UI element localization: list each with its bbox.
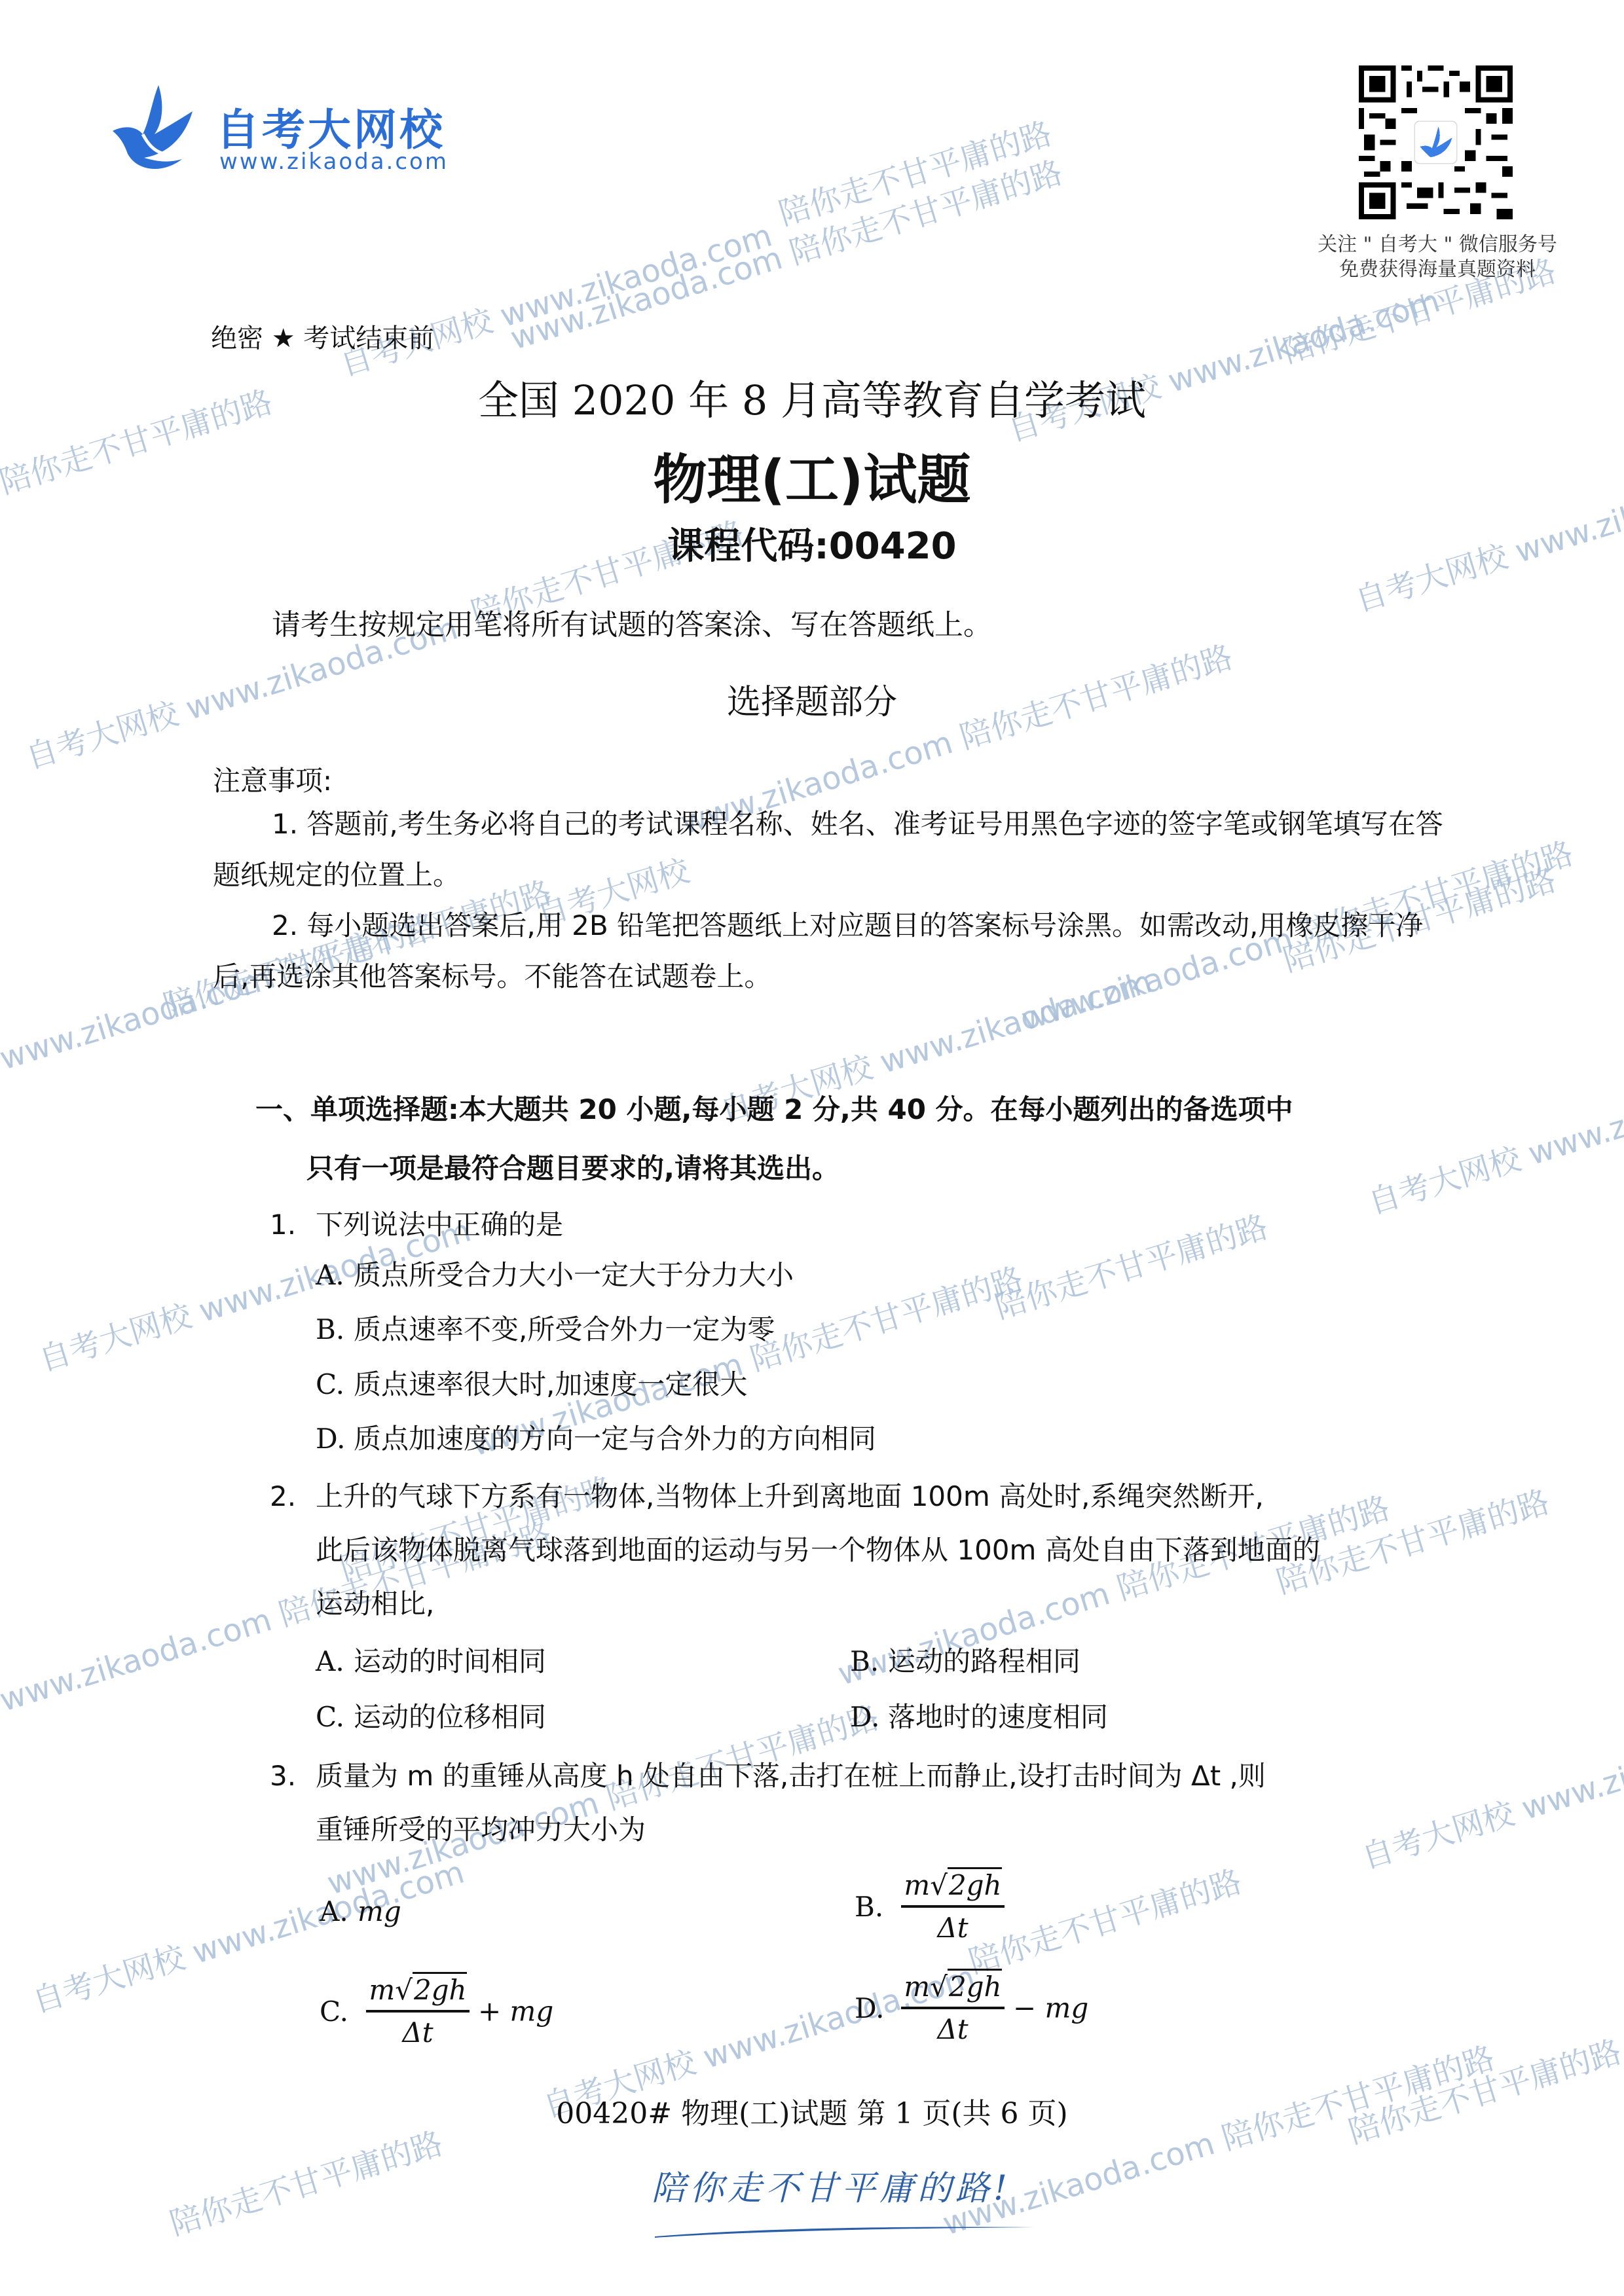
option-label: D. [850, 1701, 888, 1733]
bird-logo-icon [111, 75, 203, 173]
option-text: 质点速率很大时,加速度一定很大 [354, 1368, 747, 1400]
notes-heading: 注意事项: [213, 759, 332, 799]
option-3b[interactable]: B. m√2gh Δt [855, 1869, 1005, 1944]
fraction-formula: m√2gh Δt [901, 1869, 1004, 1944]
option-label: D. [855, 1992, 893, 2024]
option-label: B. [316, 1313, 354, 1345]
exam-title: 全国 2020 年 8 月高等教育自学考试 [0, 368, 1624, 426]
option-3d[interactable]: D. m√2gh Δt − mg [855, 1971, 1088, 2045]
formula-m: m [904, 1869, 930, 1901]
watermark: www.zikaoda.com 陪你走不甘平庸的路 [504, 147, 1067, 359]
option-label: B. [855, 1891, 893, 1923]
option-1d[interactable]: D.质点加速度的方向一定与合外力的方向相同 [316, 1417, 876, 1457]
option-text: 运动的位移相同 [354, 1701, 546, 1733]
answer-instruction: 请考生按规定用笔将所有试题的答案涂、写在答题纸上。 [272, 601, 992, 643]
option-label: D. [316, 1423, 354, 1455]
option-text: 落地时的速度相同 [888, 1701, 1108, 1733]
watermark: 陪你走不甘平庸的路 [989, 1201, 1272, 1327]
option-label: C. [316, 1701, 354, 1733]
qr-caption: 关注 " 自考大 " 微信服务号 免费获得海量真题资料 [1287, 232, 1588, 282]
option-1c[interactable]: C.质点速率很大时,加速度一定很大 [316, 1363, 747, 1402]
option-label: A. [320, 1895, 358, 1927]
formula-denominator: Δt [901, 1908, 1004, 1944]
question-stem-line2: 重锤所受的平均冲力大小为 [270, 1803, 1449, 1857]
watermark: 陪你走不甘平庸的路 [164, 2118, 447, 2244]
formula-root: 2gh [948, 1867, 1002, 1901]
qr-caption-line2: 免费获得海量真题资料 [1287, 257, 1588, 282]
subject-title: 物理(工)试题 [0, 437, 1624, 514]
option-3a[interactable]: A.mg [320, 1895, 401, 1927]
slogan-underline-icon [655, 2226, 1035, 2238]
formula-denominator: Δt [901, 2009, 1004, 2045]
question-2: 2.上升的气球下方系有一物体,当物体上升到离地面 100m 高处时,系绳突然断开… [270, 1470, 1449, 1631]
question-stem-line3: 运动相比, [270, 1577, 1449, 1631]
page-footer: 00420# 物理(工)试题 第 1 页(共 6 页) [0, 2090, 1624, 2132]
note-item: 2. 每小题选出答案后,用 2B 铅笔把答题纸上对应题目的答案标号涂黑。如需改动… [213, 900, 1457, 1002]
option-text: 质点所受合力大小一定大于分力大小 [354, 1259, 794, 1291]
part-heading: 一、单项选择题:本大题共 20 小题,每小题 2 分,共 40 分。在每小题列出… [255, 1080, 1434, 1198]
option-label: C. [316, 1368, 354, 1400]
formula-suffix: + mg [478, 1995, 553, 2028]
formula-m: m [904, 1971, 930, 2003]
qr-caption-line1: 关注 " 自考大 " 微信服务号 [1287, 232, 1588, 257]
question-stem-line1: 上升的气球下方系有一物体,当物体上升到离地面 100m 高处时,系绳突然断开, [316, 1480, 1264, 1512]
option-2c[interactable]: C.运动的位移相同 [316, 1696, 546, 1735]
part-heading-line2: 只有一项是最符合题目要求的,请将其选出。 [255, 1139, 1434, 1198]
option-3c[interactable]: C. m√2gh Δt + mg [320, 1974, 553, 2049]
question-1: 1.下列说法中正确的是 [270, 1198, 563, 1252]
option-label: B. [850, 1645, 888, 1677]
fraction-formula: m√2gh Δt [901, 1971, 1004, 2045]
brand-url: www.zikaoda.com [219, 149, 449, 175]
option-label: C. [320, 1995, 358, 2028]
watermark: 陪你走不甘平庸的路 [963, 1856, 1246, 1982]
question-stem-line1: 质量为 m 的重锤从高度 h 处自由下落,击打在桩上而静止,设打击时间为 Δt … [316, 1760, 1266, 1792]
option-text: 质点速率不变,所受合外力一定为零 [354, 1313, 775, 1345]
part-heading-line1: 一、单项选择题:本大题共 20 小题,每小题 2 分,共 40 分。在每小题列出… [255, 1080, 1434, 1139]
question-number: 3. [270, 1749, 316, 1803]
formula-root: 2gh [413, 1972, 467, 2006]
option-text: 运动的时间相同 [354, 1645, 546, 1677]
option-1b[interactable]: B.质点速率不变,所受合外力一定为零 [316, 1308, 775, 1347]
option-2a[interactable]: A.运动的时间相同 [316, 1640, 546, 1679]
option-label: A. [316, 1645, 354, 1677]
brand-name: 自考大网校 [216, 95, 445, 157]
course-code: 课程代码:00420 [0, 517, 1624, 570]
question-stem-line2: 此后该物体脱离气球落到地面的运动与另一个物体从 100m 高处自由下落到地面的 [270, 1523, 1449, 1577]
slogan: 陪你走不甘平庸的路! [652, 2160, 1011, 2210]
option-1a[interactable]: A.质点所受合力大小一定大于分力大小 [316, 1254, 794, 1293]
brand-logo[interactable]: 自考大网校 www.zikaoda.com [111, 75, 478, 180]
section-title: 选择题部分 [0, 674, 1624, 723]
formula-m: m [369, 1974, 395, 2006]
option-label: A. [316, 1259, 354, 1291]
option-2b[interactable]: B.运动的路程相同 [850, 1640, 1080, 1679]
watermark: www.zikaoda.com 陪你走不甘平庸的路 [936, 2033, 1500, 2244]
question-3: 3.质量为 m 的重锤从高度 h 处自由下落,击打在桩上而静止,设打击时间为 Δ… [270, 1749, 1449, 1857]
option-2d[interactable]: D.落地时的速度相同 [850, 1696, 1108, 1735]
fraction-formula: m√2gh Δt [366, 1974, 469, 2049]
question-number: 1. [270, 1198, 316, 1252]
option-text: 运动的路程相同 [888, 1645, 1080, 1677]
question-number: 2. [270, 1470, 316, 1523]
qr-code-icon[interactable] [1359, 65, 1513, 219]
formula-denominator: Δt [366, 2013, 469, 2049]
formula-root: 2gh [948, 1969, 1002, 2003]
formula-suffix: − mg [1013, 1992, 1088, 2024]
option-text: 质点加速度的方向一定与合外力的方向相同 [354, 1423, 876, 1455]
confidential-label: 绝密 ★ 考试结束前 [211, 318, 434, 355]
note-item: 1. 答题前,考生务必将自己的考试课程名称、姓名、准考证号用黑色字迹的签字笔或钢… [213, 799, 1457, 901]
option-formula: mg [358, 1895, 401, 1927]
question-stem: 下列说法中正确的是 [316, 1209, 563, 1241]
